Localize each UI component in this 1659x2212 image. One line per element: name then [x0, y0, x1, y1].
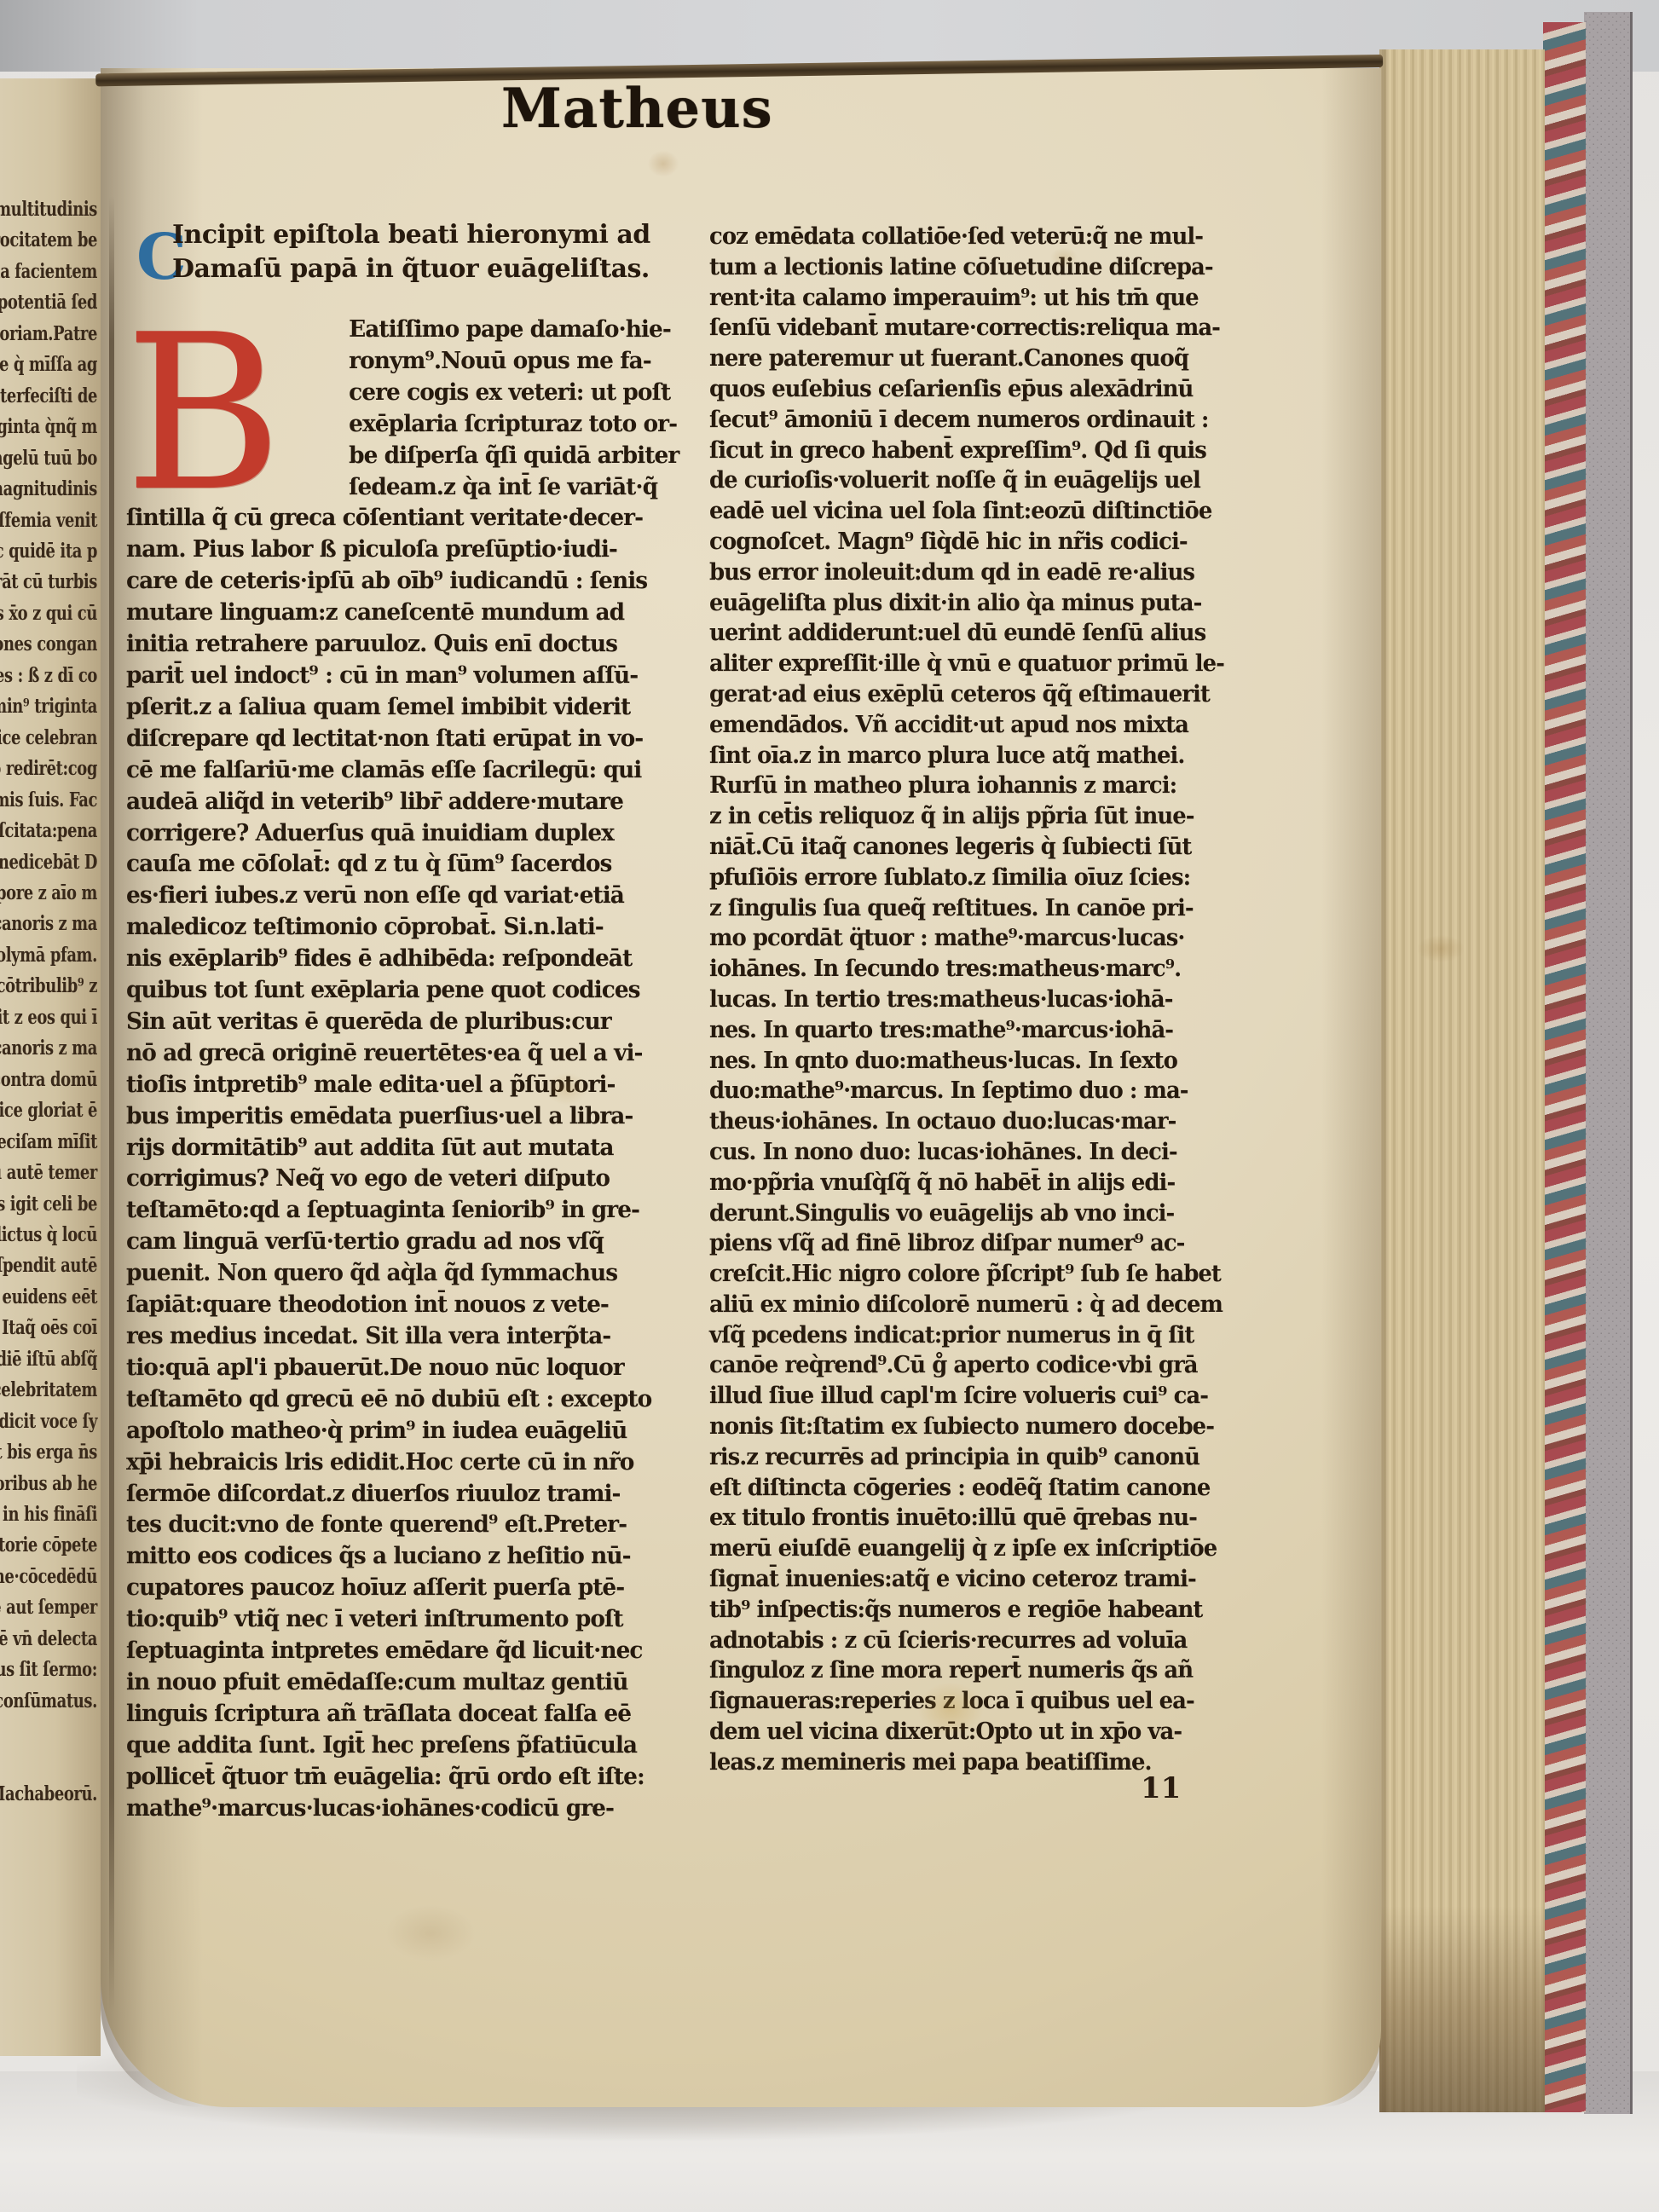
text-line: p bibere aut ſemper: [0, 1592, 97, 1623]
text-line: apoſtolo matheo·q̀ prim⁹ in iudea euāgel…: [126, 1415, 667, 1447]
text-line: noris preciſam mīſit: [0, 1127, 97, 1158]
text-line: audeā aliq̃d in veterib⁹ libr̄ addere·mu…: [126, 786, 667, 817]
text-line: nis exēplarib⁹ fides ē adhibēda: reſpond…: [126, 943, 667, 974]
folio-number: 11: [1141, 1771, 1181, 1805]
text-line: mo·pp̃ria vnuſq̀ſq̃ q̃ nō habēt̄ in alij…: [709, 1168, 1253, 1198]
text-line: illud ſiue illud capl'm ſcire volueris c…: [709, 1381, 1253, 1412]
text-line: Damaſū papā in q̃tuor euāgeliſtas.: [172, 252, 650, 286]
column-1-lines: ſintilla q̃ cū greca cōſentiant veritate…: [126, 502, 667, 1823]
text-line: mo pcordāt q̈tuor : mathe⁹·marcus·lucas·: [709, 923, 1253, 954]
text-line: ſicut in greco habent̄ expreſſim⁹. Qd ſi…: [709, 436, 1253, 466]
text-line: rationes congan: [0, 629, 97, 660]
text-line: maledicoz teſtimonio cōprobat̄. Si.n.lat…: [126, 911, 667, 943]
text-line: be diſperſa q̃ſi quidā arbiter: [126, 440, 667, 471]
text-line: Incipit epiſtola beati hieronymi ad: [172, 218, 650, 252]
text-line: dñe q̀ mīſſa ag: [0, 349, 97, 380]
book-photo: tū multitudinisferocitatem beodigia faci…: [0, 0, 1659, 2212]
text-line: s : benedictus q̀ locū: [0, 1220, 97, 1250]
text-line: bus error inoleuit:dum qd in eadē re·ali…: [709, 557, 1253, 588]
text-line: put nicanoris z ma: [0, 909, 97, 939]
text-line: Eatiſſimo pape damaſo·hie-: [126, 314, 667, 345]
text-line: care de ceteris·ipſū ab oīb⁹ iudicandū :…: [126, 565, 667, 597]
text-line: vſq̃ pcedens indicat:prior numerus in q̄…: [709, 1320, 1253, 1351]
text-line: Et hic quidē ita p: [0, 536, 97, 567]
text-line: victoriam.Patre: [0, 319, 97, 349]
text-line: ſapiāt:quare theodotion int̄ nouos z vet…: [126, 1289, 667, 1320]
text-line: quos euſebius ceſarienſis ep̄us alexādri…: [709, 374, 1253, 405]
text-line: nderat contra domū: [0, 1065, 97, 1095]
text-line: ſeptuaginta intpretes emēdare q̃d licuit…: [126, 1635, 667, 1666]
text-line: z ſingulis ſua queq̃ reſtitues. In canōe…: [709, 893, 1253, 924]
text-line: ndi.Oēs igit celi be: [0, 1189, 97, 1220]
fore-edge-page-block: [1379, 49, 1545, 2112]
text-line: ronym⁹.Nouū opus me fa-: [126, 345, 667, 377]
text-line: theus·iohānes. In octauo duo:lucas·mar-: [709, 1106, 1253, 1137]
text-line: go q̄q̃ in his fināſi: [0, 1499, 97, 1530]
text-line: nere pateremur ut fuerant.Canones quoq̃: [709, 344, 1253, 374]
text-line: pite nicanoris z ma: [0, 1033, 97, 1064]
text-line: piens vſq̃ ad finē libroz diſpar numer⁹ …: [709, 1228, 1253, 1259]
text-line: te angelū tuū bo: [0, 443, 97, 474]
text-line: initia retrahere paruuloz. Quis enī doct…: [126, 628, 667, 660]
text-line: ñ ut hiſtorie cōpete: [0, 1530, 97, 1561]
rubric-incipit: Incipit epiſtola beati hieronymi adDamaſ…: [172, 218, 650, 286]
text-line: cē me falſariū·me clamās eſſe ſacrilegū:…: [126, 754, 667, 786]
text-line: ſenſū videbant̄ mutare·correctis:reliqua…: [709, 313, 1253, 344]
text-line: ūt nō min⁹ triginta: [0, 691, 97, 722]
text-column-2: coz emēdata collatiōe·ſed veterū:q̃ ne m…: [709, 222, 1253, 1778]
text-line: aliter expreſſit·ille q̀ vnū e quatuor p…: [709, 649, 1253, 679]
text-line: pſerit.z a ſaliua quam ſemel imbibit vid…: [126, 691, 667, 723]
text-line: corrigere? Aduerſus quā inuidiam duplex: [126, 817, 667, 849]
text-line: ferocitatem be: [0, 225, 97, 256]
text-line: z in cet̄is reliquoz q̃ in alijs pp̃ria …: [709, 801, 1253, 832]
text-line: cauſa me cōſolat̄: qd z tu q̀ ſūm⁹ ſacer…: [126, 848, 667, 880]
text-line: eadē uel vicina uel ſola ſint:eozū diſti…: [709, 496, 1253, 527]
text-line: ex titulo frontis inuēto:illū quē q̄reba…: [709, 1503, 1253, 1533]
text-line: nes. In quarto tres:mathe⁹·marcus·iohā-: [709, 1015, 1253, 1046]
text-line: tib⁹ inſpectis:q̃s numeros e regiōe habe…: [709, 1595, 1253, 1626]
left-page-text-fragments: tū multitudinisferocitatem beodigia faci…: [0, 194, 97, 1811]
text-line: que addita ſunt. Igit̄ hec preſens p̃fat…: [126, 1730, 667, 1761]
text-line: teſtamēto qd grecū eē nō dubiū eſt : exc…: [126, 1383, 667, 1415]
text-line: pfuſiōis errore ſublato.z ſimilia oīuz ſ…: [709, 863, 1253, 893]
text-line: cilij dei. Itaq̃ oēs coī: [0, 1313, 97, 1343]
text-line: nis autē vn̄ delecta: [0, 1624, 97, 1655]
text-line: res medius incedat. Sit illa vera interp…: [126, 1320, 667, 1352]
text-line: die. Igit bis erga n̄s: [0, 1437, 97, 1468]
text-line: merū eiuſdē euangelij q̀ z ipſe ex inſcr…: [709, 1533, 1253, 1564]
text-line: rent·ita calamo imperauim⁹: ut his tm̄ q…: [709, 283, 1253, 314]
text-line: ipſo erāt cū turbis: [0, 567, 97, 598]
text-line: magnifice celebran: [0, 723, 97, 754]
text-line: xp̄i hebraicis lris edidit.Hoc certe cū …: [126, 1447, 667, 1478]
text-line: Rurſū in matheo plura iohannis z marci:: [709, 771, 1253, 801]
text-line: ſinguloz z ſine mora repert̄ numeris q̃s…: [709, 1655, 1253, 1686]
text-line: gerat·ad eius exēplū ceteros q̄q̃ eſtima…: [709, 679, 1253, 710]
text-line: mitto eos codices q̃s a luciano z heſiti…: [126, 1540, 667, 1572]
left-page-edge: tū multitudinisferocitatem beodigia faci…: [0, 78, 101, 2056]
text-line: cere cogis ex veteri: ut poſt: [126, 377, 667, 408]
text-line: ocatis cōtribulib⁹ z: [0, 971, 97, 1002]
text-line: ſermōe diſcordat.z diuerſos riuuloz tram…: [126, 1478, 667, 1510]
text-line: teſtamēto:qd a ſeptuaginta ſeniorib⁹ in …: [126, 1194, 667, 1226]
text-line: i: manū autē temer: [0, 1158, 97, 1188]
text-line: accerſit z eos qui ī: [0, 1002, 97, 1033]
text-line: cus. In nono duo: lucas·iohānes. In deci…: [709, 1137, 1253, 1168]
text-line: mutare linguam:z caneſcentē mundum ad: [126, 597, 667, 628]
text-line: puenit. Non quero q̃d aq̀la q̃d ſymmachu…: [126, 1257, 667, 1289]
text-line: re autē celebritatem: [0, 1375, 97, 1406]
text-line: derunt.Singulis vo euāgelijs ab vno inci…: [709, 1198, 1253, 1229]
text-line: tio:quib⁹ vtiq̃ nec ī veteri inſtrumento…: [126, 1603, 667, 1635]
text-line: tum a lectionis latine cōſuetudine diſcr…: [709, 252, 1253, 283]
text-line: magnifice gloriat ē: [0, 1095, 97, 1126]
text-line: erit conſūmatus.: [0, 1686, 97, 1717]
text-line: emendādos. Vñ accidit·ut apud nos mixta: [709, 710, 1253, 741]
text-line: exēplaria ſcripturaz toto or-: [126, 408, 667, 440]
text-line: a.z interfeciſti de: [0, 381, 97, 412]
text-line: pollicet̄ q̃tuor tm̄ euāgelia: q̃rū ordo…: [126, 1761, 667, 1793]
text-line: Sin aūt veritas ē querēda de pluribus:cu…: [126, 1006, 667, 1037]
fore-edge-tail-shading: [1379, 49, 1545, 2112]
text-line: eſt diſtincta cōgeries : eodēq̃ ſtatim c…: [709, 1473, 1253, 1504]
text-line: ntes : ß z dī co: [0, 661, 97, 691]
text-line: ctoginta q̀nq̃ m: [0, 412, 97, 442]
text-line: dar: q̃ dicit voce ſy: [0, 1406, 97, 1437]
text-line: cam linguā verſū·tertio gradu ad nos vſq…: [126, 1226, 667, 1257]
text-line: de curioſis·voluerit noſſe q̃ in euāgeli…: [709, 465, 1253, 496]
text-line: ſignaueras:reperies z loca ī quibus uel …: [709, 1686, 1253, 1717]
text-line: i blaſfemia venit: [0, 505, 97, 536]
text-line: [0, 1717, 97, 1747]
text-line: a corpore z aīo m: [0, 878, 97, 909]
text-line: arce ut euidens eēt: [0, 1282, 97, 1313]
text-line: linguis ſcriptura añ trāſlata doceat fal…: [126, 1698, 667, 1730]
text-line: rijs dormitātib⁹ aut addita ſūt aut muta…: [126, 1132, 667, 1164]
text-line: in nouo pfuit emēdaſſe:cum multaz gentiū: [126, 1666, 667, 1698]
text-line: quibus tot ſunt exēplaria pene quot codi…: [126, 974, 667, 1006]
text-line: euāgeliſta plus dixit·in alio q̀a minus …: [709, 588, 1253, 619]
text-line: ſint oīa.z in marco plura luce atq̃ math…: [709, 741, 1253, 771]
text-line: coz emēdata collatiōe·ſed veterū:q̃ ne m…: [709, 222, 1253, 252]
text-line: nam. Pius labor ß piculoſa preſūptio·iud…: [126, 534, 667, 565]
text-line: cognoſcet. Magn⁹ ſiq̀dē hic in nr̃is cod…: [709, 527, 1253, 557]
column-1-indented-lines: Eatiſſimo pape damaſo·hie-ronym⁹.Nouū op…: [126, 314, 667, 502]
text-line: nedicebāt D: [0, 847, 97, 878]
text-line: hieroſolymā pfam.: [0, 940, 97, 971]
text-line: ore magnitudinis: [0, 474, 97, 505]
text-line: odigia facientem: [0, 257, 97, 287]
text-line: exactus ſit ſermo:: [0, 1655, 97, 1685]
text-line: duo:mathe⁹·marcus. In ſeptimo duo : ma-: [709, 1076, 1253, 1106]
text-line: tio:quā apl'i pbauerūt.De nouo nūc loquo…: [126, 1352, 667, 1383]
text-line: canōe req̀rend⁹.Cū g̊ aperto codice·vbi …: [709, 1350, 1253, 1381]
text-line: orā potentiā ſed: [0, 287, 97, 318]
text-line: ſignat̄ inuenies:atq̃ e vicino ceteroz t…: [709, 1564, 1253, 1595]
text-line: ris.z recurrēs ad principia in quib⁹ can…: [709, 1442, 1253, 1473]
text-line: creſcit.Hic nigro colore p̃ſcript⁹ ſub ſ…: [709, 1259, 1253, 1290]
gutter-fold-line: [109, 196, 114, 2012]
text-line: corrigimus? Neq̃ vo ego de veteri diſput…: [126, 1163, 667, 1194]
text-line: nonis ſit:ſtatim ex ſubiecto numero doce…: [709, 1412, 1253, 1442]
text-line: ſedeam.z q̀a int̄ ſe variāt·q̃: [126, 471, 667, 503]
text-line: lucas. In tertio tres:matheus·lucas·iohā…: [709, 985, 1253, 1015]
text-line: iōe ſuſcitata:pena: [0, 816, 97, 846]
text-line: us digne·cōcedēdū: [0, 1562, 97, 1592]
text-line: parit̄ uel indoct⁹ : cū in man⁹ volumen …: [126, 660, 667, 691]
text-line: uerint addiderunt:uel dū eundē ſenſū ali…: [709, 618, 1253, 649]
text-line: ſecut⁹ āmoniū ī decem numeros ordinauit …: [709, 405, 1253, 436]
text-line: mathe⁹·marcus·lucas·iohānes·codicū gre-: [126, 1793, 667, 1824]
marbled-paper-edge: [1543, 22, 1586, 2112]
text-line: uit. Suſpendit autē: [0, 1250, 97, 1281]
text-line: Iudas x̄o z qui cū: [0, 598, 97, 629]
text-line: niāt̄.Cū itaq̃ canones legeris q̀ ſubiec…: [709, 832, 1253, 863]
text-line: s temporibus ab he: [0, 1469, 97, 1499]
text-line: tioſis intpretib⁹ male edita·uel a p̃ſūp…: [126, 1069, 667, 1100]
text-line: aliū ex minio diſcolorē numerū : q̀ ad d…: [709, 1290, 1253, 1320]
text-line: ſintilla q̃ cū greca cōſentiant veritate…: [126, 502, 667, 534]
text-line: tū multitudinis: [0, 194, 97, 225]
text-line: adnotabis : z cū ſcieris·recurres ad vol…: [709, 1626, 1253, 1656]
text-line: r Machabeorū.: [0, 1779, 97, 1810]
cover-cloth-edge: [1584, 12, 1633, 2114]
text-line: nō ad grecā originē reuertētes·ea q̃ uel…: [126, 1037, 667, 1069]
text-line: dio redirēt:cog: [0, 754, 97, 784]
text-line: es·fieri iubes.z verū non eſſe qd variat…: [126, 880, 667, 911]
text-line: dem uel vicina dixerūt:Opto ut in xp̄o v…: [709, 1717, 1253, 1747]
text-line: diſcrepare qd lectitat·non ſtati erūpat …: [126, 723, 667, 754]
text-line: bus imperitis emēdata puerſius·uel a lib…: [126, 1100, 667, 1132]
text-line: modo diē iſtū abſq̃: [0, 1344, 97, 1375]
text-line: cupatores paucoz hoīuz aſſerit puerſa pt…: [126, 1572, 667, 1603]
text-line: tes ducit:vno de fonte querend⁹ eſt.Pret…: [126, 1509, 667, 1540]
text-line: iohānes. In ſecundo tres:matheus·marc⁹.: [709, 954, 1253, 985]
text-line: nes. In qnto duo:matheus·lucas. In ſexto: [709, 1046, 1253, 1077]
text-column-1: Eatiſſimo pape damaſo·hie-ronym⁹.Nouū op…: [126, 314, 667, 1824]
running-title: Matheus: [501, 77, 773, 141]
text-line: [0, 1748, 97, 1779]
text-line: ā armis ſuis. Fac: [0, 785, 97, 816]
